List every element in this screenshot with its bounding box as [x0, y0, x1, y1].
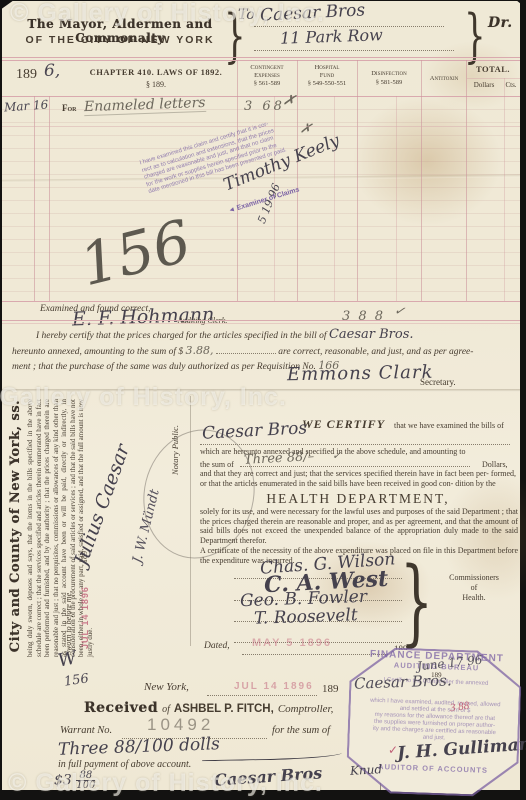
- receipt-sum-hand: Three 88/100 dolls: [58, 734, 220, 760]
- dollars-label: Dollars,: [482, 460, 508, 469]
- watermark-top: © Gallery of History, Inc.: [10, 0, 325, 28]
- receipt-year: 189: [322, 683, 339, 695]
- dated-label: Dated,: [204, 641, 230, 651]
- for-label: For: [62, 103, 77, 113]
- for-sum-label: for the sum of: [272, 725, 330, 736]
- watermark-middle: © Gallery of History, Inc.: [0, 383, 287, 412]
- dotted-line: [200, 443, 510, 445]
- bills-payee-hand: Caesar Bros: [202, 418, 308, 443]
- secretary-label: Secretary.: [420, 377, 456, 387]
- year-hand: 6,: [44, 61, 60, 81]
- certify-paragraph: I hereby certify that the prices charged…: [12, 328, 512, 375]
- document-scan: The Mayor, Aldermen and Commonalty OF TH…: [0, 0, 526, 800]
- we-certify-part6: solely for its use, and were necessary f…: [200, 507, 518, 545]
- col-contingent: Contingent Expenses § 561-589: [238, 64, 296, 88]
- commissioners-brace: }: [400, 549, 433, 657]
- dotted-line: [254, 49, 454, 51]
- secretary-signature: Emmons Clark: [287, 362, 434, 386]
- certify-payee-hand: Caesar Bros.: [329, 327, 414, 342]
- sum-check: ✓: [332, 449, 341, 462]
- comptroller-name: ASHBEL P. FITCH,: [174, 703, 274, 715]
- receipt-number-hand: 156: [63, 671, 90, 689]
- warrant-label: Warrant No.: [60, 725, 112, 736]
- col-antitoxin: Antitoxin: [422, 75, 466, 82]
- city-label: New York,: [144, 681, 189, 693]
- col-hospital: Hospital Fund § 549-550-551: [298, 64, 356, 88]
- signature-flourish: [202, 752, 342, 761]
- payee-address-hand: 11 Park Row: [280, 25, 383, 48]
- bill-check-hand: ✗: [282, 90, 298, 110]
- receipt-date-stamp: JUL 14 1896: [234, 681, 314, 692]
- col-dollars: Dollars: [465, 81, 503, 89]
- sum-label: the sum of: [200, 460, 234, 469]
- commissioners-label: Commissioners of Health.: [434, 573, 514, 603]
- year-printed: 189: [16, 67, 37, 83]
- dr-label: Dr.: [488, 15, 513, 31]
- receipt-scribble: W: [56, 647, 78, 671]
- col-disinfection: Disinfection § 581-589: [358, 69, 420, 87]
- warrant-number-stamp: 10492: [147, 715, 214, 735]
- sworn-label-rotated: Sworn to before me,: [64, 591, 73, 655]
- auditor-initials: Knud: [350, 762, 383, 778]
- of-label: of: [162, 704, 170, 715]
- dotted-line: [207, 694, 317, 696]
- dotted-line: [240, 465, 470, 467]
- commissioner-signature-4: T. Roosevelt: [254, 605, 358, 629]
- we-certify-label: WE CERTIFY: [302, 417, 385, 432]
- col-total: TOTAL.: [467, 64, 519, 74]
- we-certify-part3: and that they are correct and just; that…: [200, 469, 516, 488]
- audit-amount-hand: 3 8 8: [342, 309, 385, 324]
- org-city: OF THE CITY OF NEW YORK: [18, 34, 222, 46]
- we-certify-part1: that we have examined the bills of: [394, 421, 504, 430]
- chapter-line: CHAPTER 410. LAWS OF 1892.: [80, 67, 232, 77]
- finance-hand-payee: Caesar Bros.: [354, 671, 452, 692]
- sworn-date-stamp-rotated: JUL 14 1896: [80, 586, 90, 649]
- county-heading-rotated: City and County of New York, ss.: [8, 395, 23, 657]
- dated-stamp: MAY 5 1896: [252, 637, 332, 649]
- audit-check: ✓: [393, 303, 406, 320]
- section-line: § 189.: [80, 80, 232, 89]
- scan-corner: [0, 0, 14, 10]
- received-label: Received: [84, 700, 158, 716]
- voucher-paper: The Mayor, Aldermen and Commonalty OF TH…: [2, 1, 520, 790]
- certify-sum-hand: 3.88,: [186, 344, 214, 357]
- health-department-title: HEALTH DEPARTMENT,: [200, 491, 516, 507]
- bill-amount-hand: 3 68: [244, 99, 285, 114]
- scan-corner: [516, 0, 526, 8]
- comptroller-title: Comptroller,: [278, 703, 334, 715]
- watermark-bottom: © Gallery of History, Inc.: [8, 769, 323, 798]
